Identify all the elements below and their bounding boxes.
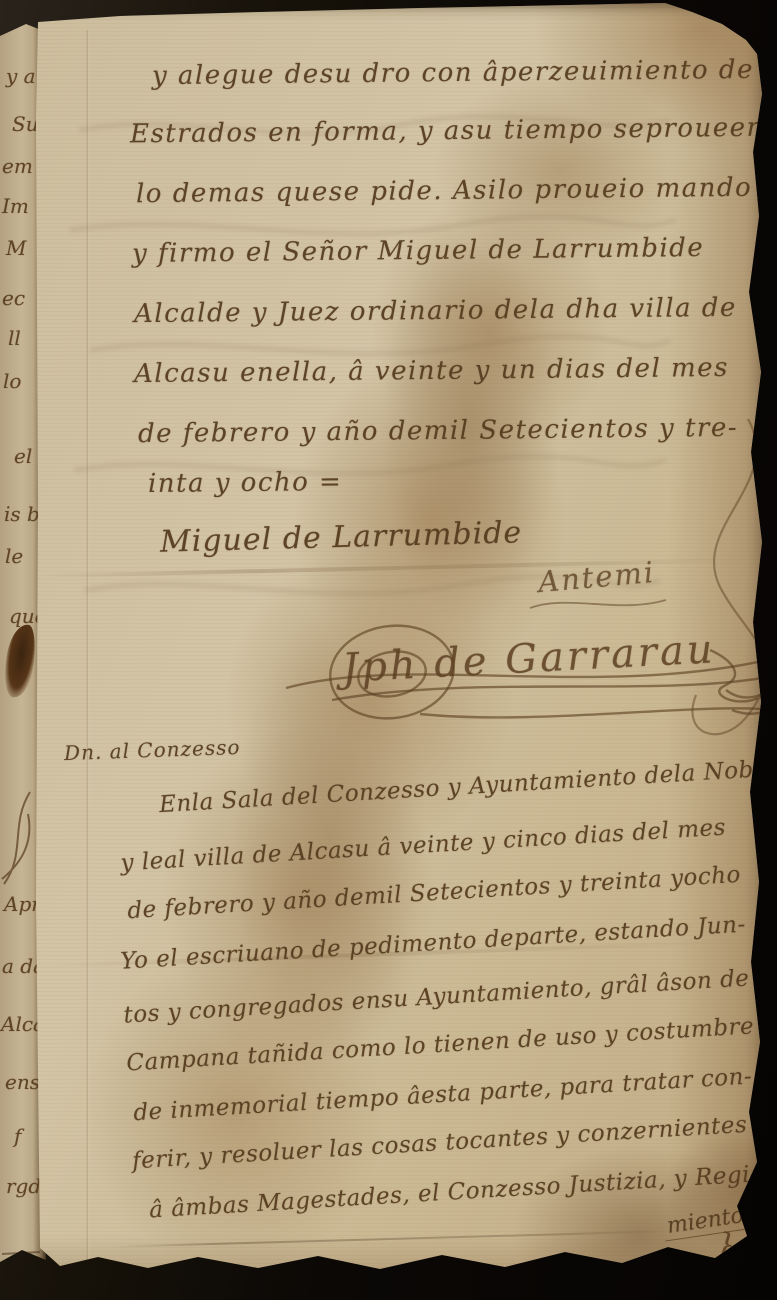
ink-blot [0, 622, 39, 699]
manuscript-line: Yo el escriuano de pedimento departe, es… [120, 912, 747, 975]
right-margin-loop [652, 415, 777, 750]
gutter-text-fragment: ens [5, 1070, 40, 1094]
gutter-text-fragment: M [6, 236, 26, 260]
council-block: Enla Sala del Conzesso y Ayuntamiento de… [0, 726, 777, 1291]
gutter-text-fragment: le [5, 544, 23, 568]
gutter-text-fragment: el [14, 444, 32, 468]
gutter-text-fragment: rgd [6, 1174, 41, 1198]
gutter-text-fragment: ll [8, 326, 21, 350]
manuscript-line: Alcasu enella, â veinte y un dias del me… [134, 353, 729, 389]
gutter-text-fragment: f [14, 1124, 21, 1148]
manuscript-line: de febrero y año demil Setecientos y tre… [138, 413, 738, 449]
manuscript-line: y firmo el Señor Miguel de Larrumbide [132, 233, 705, 269]
manuscript-line: y alegue desu dro con âperzeuimiento de [152, 55, 754, 91]
gutter-text-fragment: lo [3, 369, 21, 393]
manuscript-line: de febrero y año demil Setecientos y tre… [127, 862, 742, 924]
gutter-text-fragment: em [2, 154, 33, 178]
gutter-text-fragment: Apr [4, 892, 41, 916]
manuscript-line: Alcalde y Juez ordinario dela dha villa … [134, 293, 737, 329]
gutter-text-fragment: ec [2, 286, 25, 310]
photo-background: y an Su em Im M ec ll lo el is b le que … [0, 0, 777, 1300]
gutter-text-fragment: Su [12, 112, 39, 136]
gutter-rule-line [2, 1251, 40, 1255]
gutter-text-fragment: Im [2, 194, 29, 218]
gutter-text-fragment: is b [4, 502, 40, 526]
manuscript-line: ferir, y resoluer las cosas tocantes y c… [131, 1112, 748, 1174]
manuscript-line: inta y ocho = [148, 467, 343, 499]
manuscript-page: y alegue desu dro con âperzeuimiento de … [0, 0, 777, 1300]
catchword-brace: } [714, 1226, 737, 1263]
manuscript-line: Enla Sala del Conzesso y Ayuntamiento de… [158, 756, 776, 819]
